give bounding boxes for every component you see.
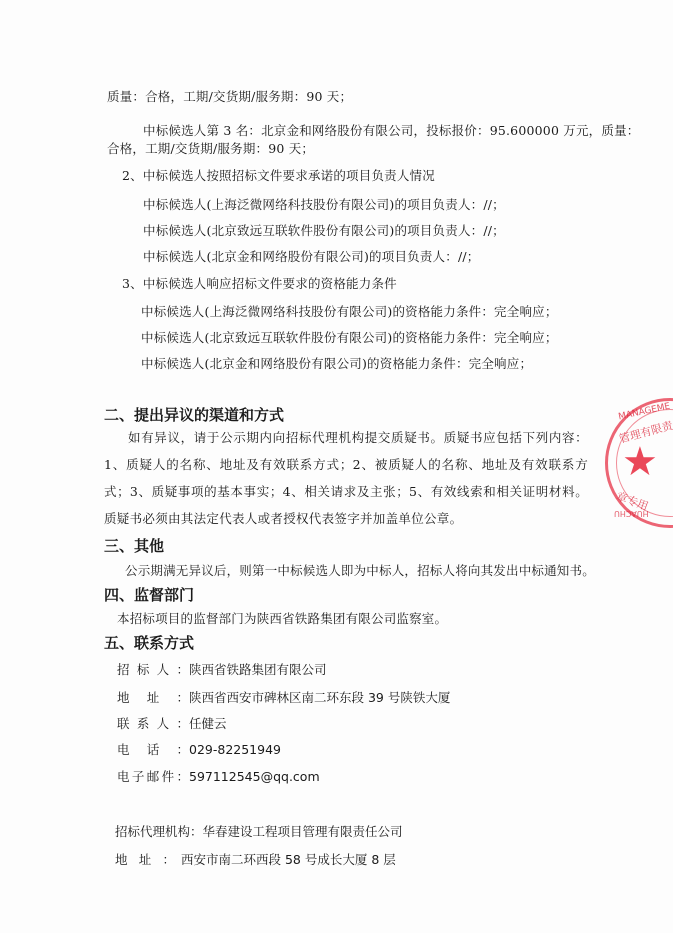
agency-address-value: 西安市南二环西段 58 号成长大厦 8 层 <box>181 852 396 867</box>
section3-body: 公示期满无异议后，则第一中标候选人即为中标人，招标人将向其发出中标通知书。 <box>125 563 595 579</box>
contact-tenderer: 招标人：陕西省铁路集团有限公司 <box>117 660 327 678</box>
contact-address: 地址：陕西省西安市碑林区南二环东段 39 号陕铁大厦 <box>117 688 450 706</box>
agency-value: 华春建设工程项目管理有限责任公司 <box>203 824 403 839</box>
contact-label: 电话： <box>117 740 189 758</box>
contact-label: 电子邮件： <box>117 767 189 785</box>
contact-label: 联系人： <box>117 714 189 732</box>
contact-label: 地址： <box>117 688 189 706</box>
agency-address: 地址：西安市南二环西段 58 号成长大厦 8 层 <box>115 850 396 868</box>
contact-value: 597112545@qq.com <box>189 769 320 784</box>
candidate-3-line: 中标候选人第 3 名：北京金和网络股份有限公司，投标报价：95.600000 万… <box>143 123 639 139</box>
company-seal: MANAGEME 管理有限责任公 ★ 章专用 HUACHU <box>605 398 673 528</box>
section5-heading: 五、联系方式 <box>104 632 194 653</box>
item3-line: 中标候选人(北京金和网络股份有限公司)的资格能力条件：完全响应； <box>141 356 532 372</box>
section4-heading: 四、监督部门 <box>104 584 194 605</box>
item2-line: 中标候选人(北京金和网络股份有限公司)的项目负责人：//； <box>143 249 479 265</box>
section3-heading: 三、其他 <box>104 535 164 556</box>
star-icon: ★ <box>622 439 658 485</box>
contact-value: 陕西省铁路集团有限公司 <box>189 662 327 677</box>
seal-latin-text: HUACHU <box>614 509 649 518</box>
item3-line: 中标候选人(上海泛微网络科技股份有限公司)的资格能力条件：完全响应； <box>141 304 558 320</box>
candidate-3-quality: 合格，工期/交货期/服务期：90 天； <box>107 141 314 157</box>
item2-title: 2、中标候选人按照招标文件要求承诺的项目负责人情况 <box>122 168 435 184</box>
section2-body: 如有异议，请于公示期内向招标代理机构提交质疑书。质疑书应包括下列内容：1、质疑人… <box>104 424 588 532</box>
item3-line: 中标候选人(北京致远互联软件股份有限公司)的资格能力条件：完全响应； <box>141 330 558 346</box>
quality-line-2: 质量：合格，工期/交货期/服务期：90 天； <box>107 89 352 105</box>
contact-phone: 电话：029-82251949 <box>117 740 281 758</box>
agency: 招标代理机构：华春建设工程项目管理有限责任公司 <box>115 822 403 840</box>
contact-person: 联系人：任健云 <box>117 714 227 732</box>
agency-label: 招标代理机构： <box>115 824 203 839</box>
item2-line: 中标候选人(上海泛微网络科技股份有限公司)的项目负责人：//； <box>143 197 505 213</box>
contact-value: 任健云 <box>189 716 227 731</box>
section2-heading: 二、提出异议的渠道和方式 <box>104 404 284 425</box>
contact-label: 招标人： <box>117 660 189 678</box>
contact-value: 陕西省西安市碑林区南二环东段 39 号陕铁大厦 <box>189 690 450 705</box>
item2-line: 中标候选人(北京致远互联软件股份有限公司)的项目负责人：//； <box>143 223 505 239</box>
contact-value: 029-82251949 <box>189 742 281 757</box>
item3-title: 3、中标候选人响应招标文件要求的资格能力条件 <box>122 276 397 292</box>
contact-email: 电子邮件：597112545@qq.com <box>117 767 320 785</box>
section4-body: 本招标项目的监督部门为陕西省铁路集团有限公司监察室。 <box>117 611 447 627</box>
agency-address-label: 地址： <box>115 850 175 868</box>
